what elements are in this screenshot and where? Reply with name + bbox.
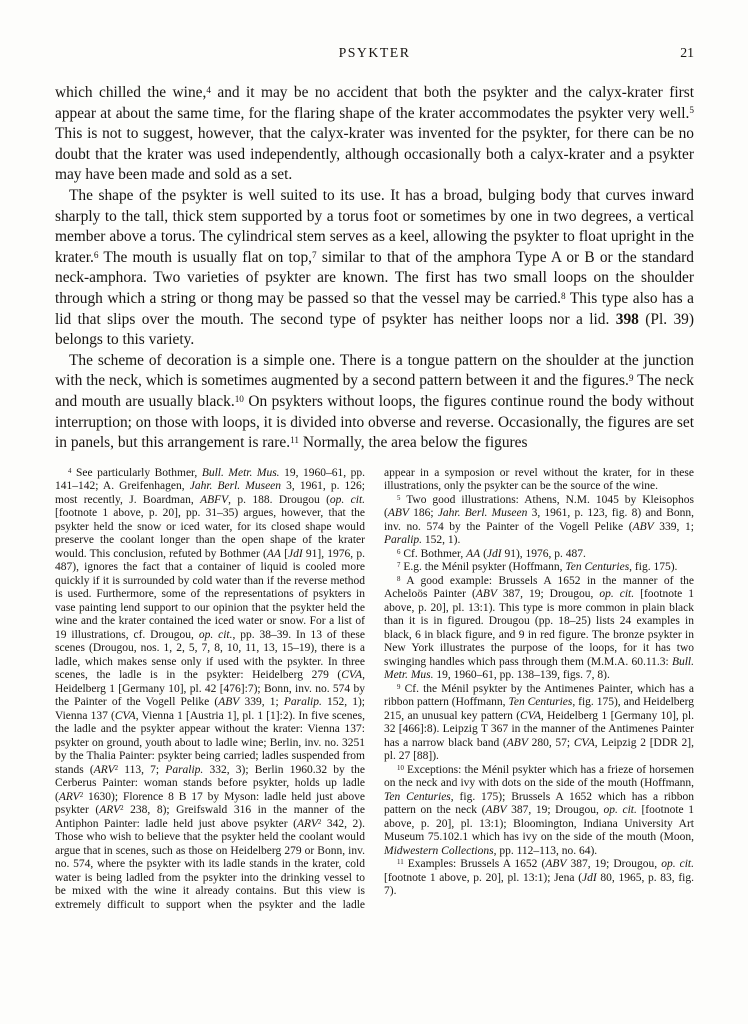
footnote-7: 7 E.g. the Ménil psykter (Hoffmann, Ten … [384, 561, 694, 575]
running-head: PSYKTER 21 [55, 44, 694, 61]
footnote-5: 5 Two good illustrations: Athens, N.M. 1… [384, 494, 694, 548]
paragraph-shape: The shape of the psykter is well suited … [55, 186, 694, 351]
paragraph-continuation: which chilled the wine,4 and it may be n… [55, 83, 694, 186]
footnote-11: 11 Examples: Brussels A 1652 (ABV 387, 1… [384, 858, 694, 899]
footnote-10: 10 Exceptions: the Ménil psykter which h… [384, 764, 694, 859]
main-text: which chilled the wine,4 and it may be n… [55, 83, 694, 454]
paragraph-decoration: The scheme of decoration is a simple one… [55, 351, 694, 454]
running-title: PSYKTER [339, 44, 411, 61]
footnote-6: 6 Cf. Bothmer, AA (JdI 91), 1976, p. 487… [384, 548, 694, 562]
page-number: 21 [680, 44, 694, 61]
book-page: PSYKTER 21 which chilled the wine,4 and … [0, 0, 748, 1024]
footnotes-section: 4 See particularly Bothmer, Bull. Metr. … [55, 467, 694, 913]
footnote-8: 8 A good example: Brussels A 1652 in the… [384, 575, 694, 683]
footnote-9: 9 Cf. the Ménil psykter by the Antimenes… [384, 683, 694, 764]
